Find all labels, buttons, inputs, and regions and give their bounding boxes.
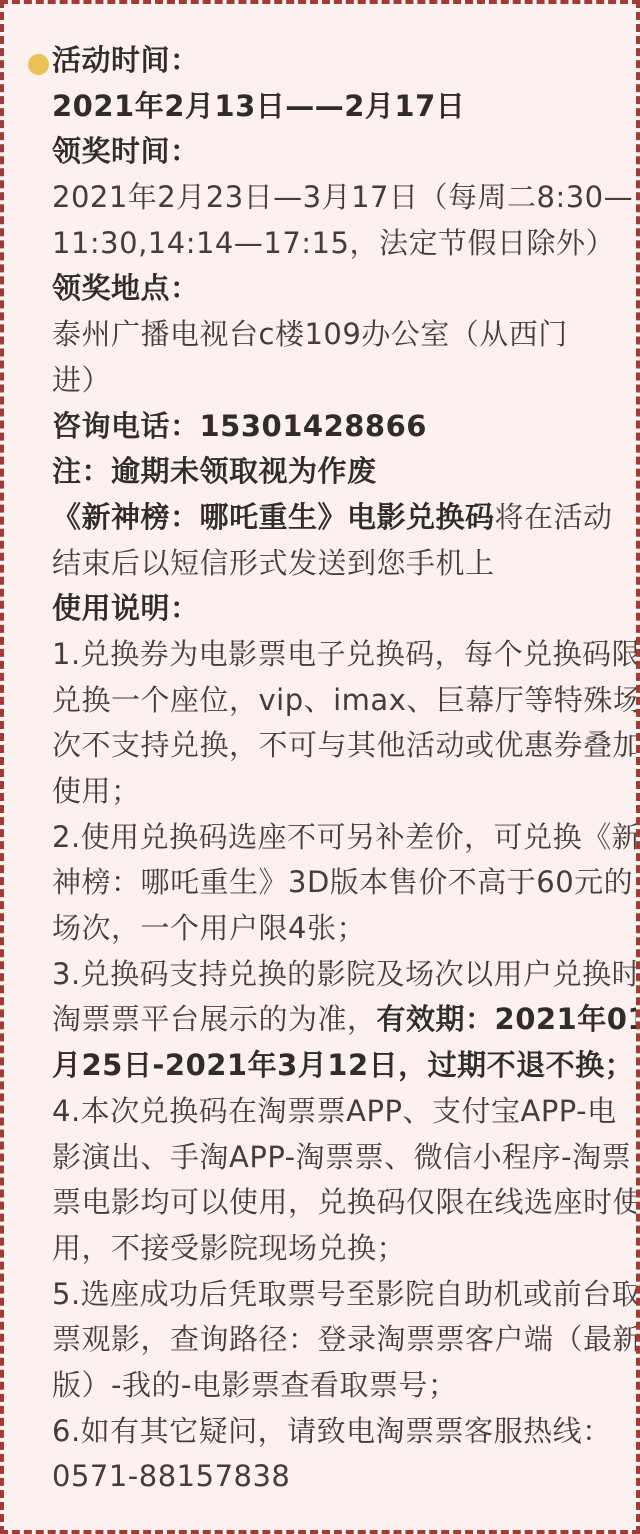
bullet-dot-icon bbox=[28, 54, 49, 75]
heading-text: 使用说明： bbox=[52, 591, 200, 625]
heading-text: 领奖时间： bbox=[52, 134, 200, 168]
usage-item-5-line-3: 版）-我的-电影票查看取票号； bbox=[52, 1363, 636, 1409]
body-text: 淘票票平台展示的为准， bbox=[52, 1002, 377, 1036]
body-text: 结束后以短信形式发送到您手机上 bbox=[52, 546, 495, 580]
usage-item-2-line-2: 神榜：哪吒重生》3D版本售价不高于60元的 bbox=[52, 860, 636, 906]
body-text: 票观影，查询路径：登录淘票票客户端（最新 bbox=[52, 1322, 640, 1356]
usage-instructions-heading: 使用说明： bbox=[52, 586, 636, 632]
body-text: 4.本次兑换码在淘票票APP、支付宝APP-电 bbox=[52, 1094, 617, 1128]
body-text: 兑换一个座位，vip、imax、巨幕厅等特殊场 bbox=[52, 683, 640, 717]
body-text: 次不支持兑换，不可与其他活动或优惠券叠加 bbox=[52, 728, 640, 762]
body-text: 影演出、手淘APP-淘票票、微信小程序-淘票 bbox=[52, 1140, 631, 1174]
prize-time-line-1: 2021年2月23日—3月17日（每周二8:30— bbox=[52, 175, 636, 221]
hotline-number-line: 0571-88157838 bbox=[52, 1454, 636, 1500]
note-text: 注：逾期未领取视为作废 bbox=[52, 454, 377, 488]
body-text: 5.选座成功后凭取票号至影院自助机或前台取 bbox=[52, 1277, 640, 1311]
prize-time-heading: 领奖时间： bbox=[52, 129, 636, 175]
date-text: 2021年2月13日——2月17日 bbox=[52, 89, 465, 123]
phone-text: 咨询电话：15301428866 bbox=[52, 409, 427, 443]
prize-location-line-2: 进） bbox=[52, 358, 636, 404]
usage-item-3-line-2: 淘票票平台展示的为准，有效期：2021年01 bbox=[52, 997, 636, 1043]
body-text: 神榜：哪吒重生》3D版本售价不高于60元的 bbox=[52, 865, 633, 899]
heading-text: 活动时间： bbox=[52, 43, 200, 77]
body-text: 版）-我的-电影票查看取票号； bbox=[52, 1368, 457, 1402]
body-text: 6.如有其它疑问，请致电淘票票客服热线： bbox=[52, 1414, 612, 1448]
usage-item-2-line-3: 场次，一个用户限4张； bbox=[52, 906, 636, 952]
body-text: 泰州广播电视台c楼109办公室（从西门 bbox=[52, 317, 568, 351]
body-text: 3.兑换码支持兑换的影院及场次以用户兑换时 bbox=[52, 957, 640, 991]
usage-item-5-line-2: 票观影，查询路径：登录淘票票客户端（最新 bbox=[52, 1317, 636, 1363]
hotline-number-text: 0571-88157838 bbox=[52, 1459, 290, 1493]
body-text: 票电影均可以使用，兑换码仅限在线选座时使 bbox=[52, 1185, 640, 1219]
body-text: 使用； bbox=[52, 774, 141, 808]
validity-text: 月25日-2021年3月12日，过期不退不换； bbox=[52, 1048, 634, 1082]
prize-location-heading: 领奖地点： bbox=[52, 266, 636, 312]
usage-item-4-line-3: 票电影均可以使用，兑换码仅限在线选座时使 bbox=[52, 1180, 636, 1226]
notice-card: 活动时间： 2021年2月13日——2月17日 领奖时间： 2021年2月23日… bbox=[0, 0, 640, 1534]
body-text: 1.兑换券为电影票电子兑换码，每个兑换码限 bbox=[52, 637, 640, 671]
activity-time-heading: 活动时间： bbox=[52, 38, 636, 84]
usage-item-2-line-1: 2.使用兑换码选座不可另补差价，可兑换《新 bbox=[52, 815, 636, 861]
validity-text: 有效期：2021年01 bbox=[377, 1002, 640, 1036]
contact-phone-line: 咨询电话：15301428866 bbox=[52, 404, 636, 450]
usage-item-3-line-3: 月25日-2021年3月12日，过期不退不换； bbox=[52, 1043, 636, 1089]
notice-content: 活动时间： 2021年2月13日——2月17日 领奖时间： 2021年2月23日… bbox=[4, 4, 636, 1500]
activity-date-range: 2021年2月13日——2月17日 bbox=[52, 84, 636, 130]
usage-item-1-line-4: 使用； bbox=[52, 769, 636, 815]
body-text: 进） bbox=[52, 363, 111, 397]
prize-location-line-1: 泰州广播电视台c楼109办公室（从西门 bbox=[52, 312, 636, 358]
body-text: 2.使用兑换码选座不可另补差价，可兑换《新 bbox=[52, 820, 640, 854]
prize-time-line-2: 11:30,14:14—17:15，法定节假日除外） bbox=[52, 221, 636, 267]
usage-item-1-line-2: 兑换一个座位，vip、imax、巨幕厅等特殊场 bbox=[52, 678, 636, 724]
usage-item-6-line-1: 6.如有其它疑问，请致电淘票票客服热线： bbox=[52, 1409, 636, 1455]
body-text: 11:30,14:14—17:15，法定节假日除外） bbox=[52, 226, 615, 260]
body-text: 将在活动 bbox=[495, 500, 613, 534]
usage-item-4-line-4: 用，不接受影院现场兑换； bbox=[52, 1226, 636, 1272]
usage-item-3-line-1: 3.兑换码支持兑换的影院及场次以用户兑换时 bbox=[52, 952, 636, 998]
body-text: 2021年2月23日—3月17日（每周二8:30— bbox=[52, 180, 633, 214]
usage-item-4-line-2: 影演出、手淘APP-淘票票、微信小程序-淘票 bbox=[52, 1135, 636, 1181]
usage-item-5-line-1: 5.选座成功后凭取票号至影院自助机或前台取 bbox=[52, 1272, 636, 1318]
expiry-note-line: 注：逾期未领取视为作废 bbox=[52, 449, 636, 495]
usage-item-1-line-1: 1.兑换券为电影票电子兑换码，每个兑换码限 bbox=[52, 632, 636, 678]
heading-text: 领奖地点： bbox=[52, 271, 200, 305]
movie-code-line-1: 《新神榜：哪吒重生》电影兑换码将在活动 bbox=[52, 495, 636, 541]
movie-title-text: 《新神榜：哪吒重生》电影兑换码 bbox=[52, 500, 495, 534]
usage-item-1-line-3: 次不支持兑换，不可与其他活动或优惠券叠加 bbox=[52, 723, 636, 769]
body-text: 用，不接受影院现场兑换； bbox=[52, 1231, 406, 1265]
movie-code-line-2: 结束后以短信形式发送到您手机上 bbox=[52, 541, 636, 587]
body-text: 场次，一个用户限4张； bbox=[52, 911, 366, 945]
usage-item-4-line-1: 4.本次兑换码在淘票票APP、支付宝APP-电 bbox=[52, 1089, 636, 1135]
